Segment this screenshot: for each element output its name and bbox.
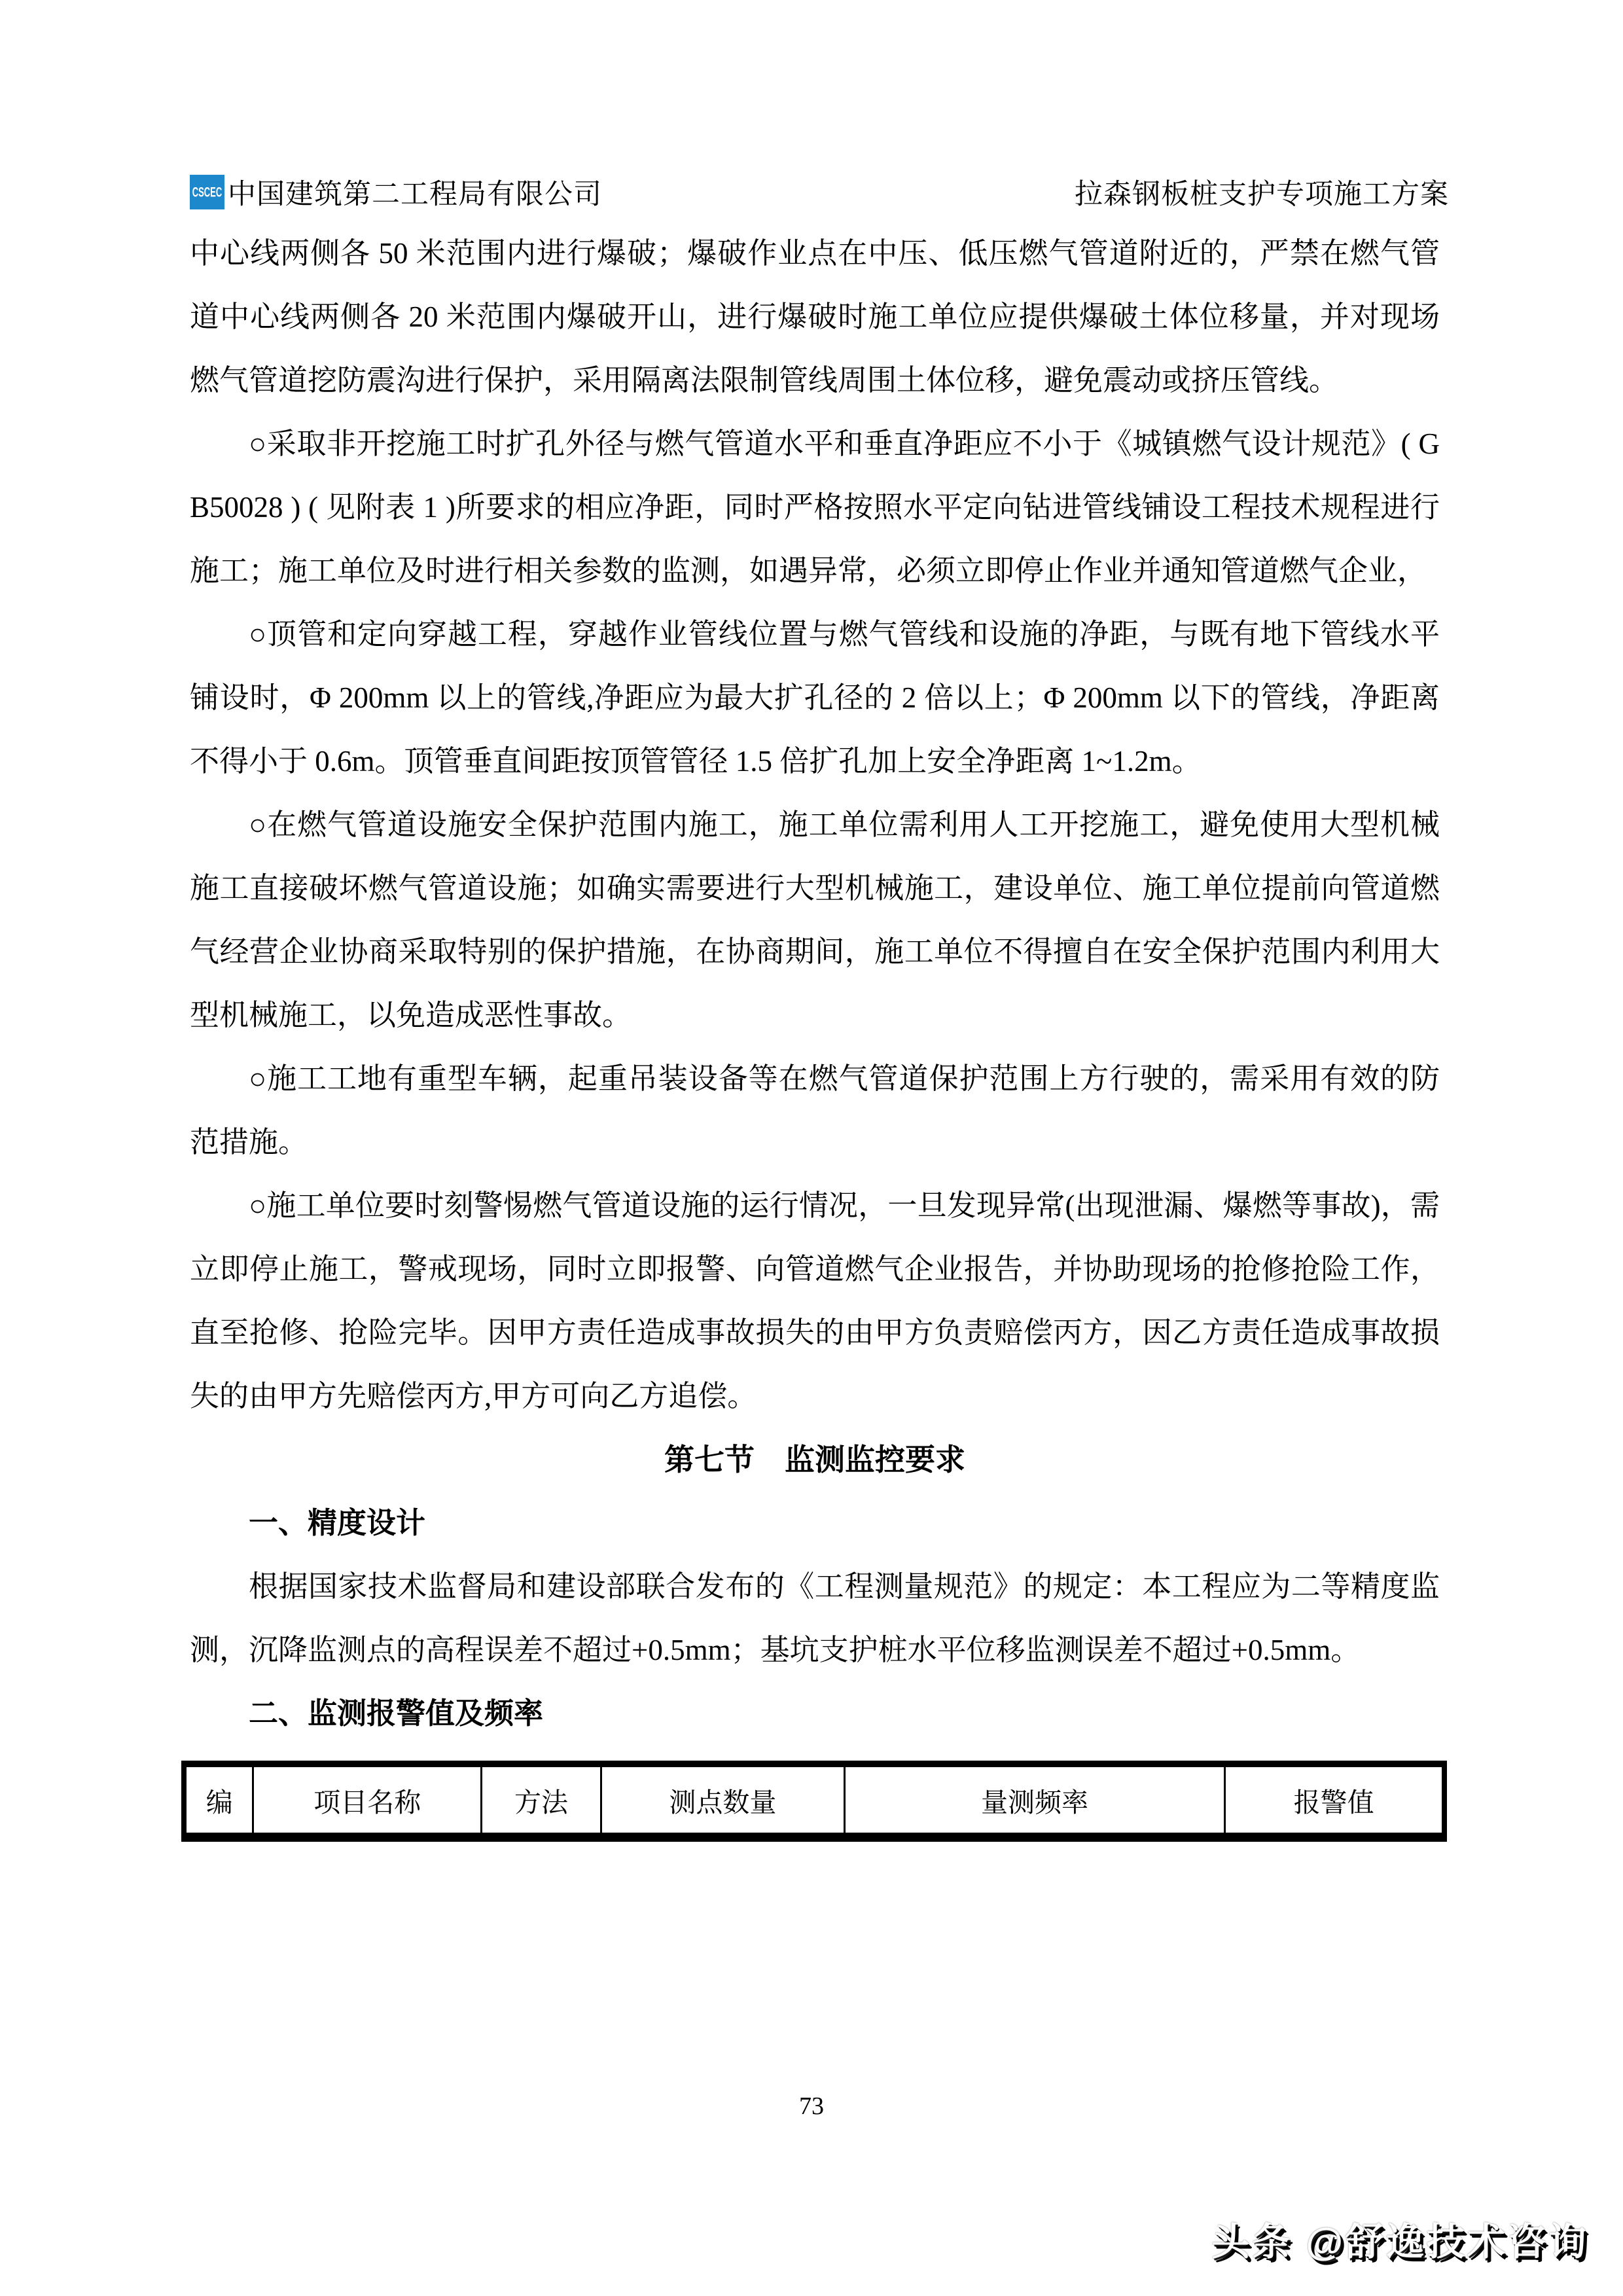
- cscec-logo-icon: CSCEC: [190, 175, 224, 209]
- page-header: CSCEC 中国建筑第二工程局有限公司 拉森钢板桩支护专项施工方案: [190, 167, 1449, 217]
- paragraph-5: ○施工工地有重型车辆，起重吊装设备等在燃气管道保护范围上方行驶的，需采用有效的防…: [190, 1047, 1440, 1174]
- document-title: 拉森钢板桩支护专项施工方案: [1075, 172, 1449, 212]
- table-header-cell-frequency: 量测频率: [844, 1764, 1225, 1837]
- paragraph-3: ○顶管和定向穿越工程，穿越作业管线位置与燃气管线和设施的净距，与既有地下管线水平…: [190, 603, 1440, 793]
- subsection-2-heading: 二、监测报警值及频率: [190, 1682, 1440, 1746]
- watermark: 头条 @舒逸技术咨询: [1211, 2211, 1589, 2266]
- paragraph-2: ○采取非开挖施工时扩孔外径与燃气管道水平和垂直净距应不小于《城镇燃气设计规范》(…: [190, 412, 1440, 603]
- precision-paragraph: 根据国家技术监督局和建设部联合发布的《工程测量规范》的规定：本工程应为二等精度监…: [190, 1555, 1440, 1682]
- page-number: 73: [0, 2092, 1623, 2121]
- paragraph-6: ○施工单位要时刻警惕燃气管道设施的运行情况，一旦发现异常(出现泄漏、爆燃等事故)…: [190, 1174, 1440, 1428]
- table-header-cell-no: 编: [184, 1764, 253, 1837]
- table-header-cell-alarm: 报警值: [1225, 1764, 1444, 1837]
- table-header-cell-points: 测点数量: [601, 1764, 844, 1837]
- subsection-1-heading: 一、精度设计: [190, 1492, 1440, 1555]
- table-header-cell-method: 方法: [482, 1764, 601, 1837]
- cscec-logo-text: CSCEC: [192, 184, 223, 200]
- company-brand: CSCEC 中国建筑第二工程局有限公司: [190, 172, 602, 212]
- document-page: CSCEC 中国建筑第二工程局有限公司 拉森钢板桩支护专项施工方案 中心线两侧各…: [0, 0, 1623, 2296]
- paragraph-1: 中心线两侧各 50 米范围内进行爆破；爆破作业点在中压、低压燃气管道附近的，严禁…: [190, 222, 1440, 412]
- company-name: 中国建筑第二工程局有限公司: [228, 172, 602, 212]
- page-content: 中心线两侧各 50 米范围内进行爆破；爆破作业点在中压、低压燃气管道附近的，严禁…: [190, 222, 1440, 1842]
- table-header-cell-item: 项目名称: [253, 1764, 482, 1837]
- section-title: 第七节 监测监控要求: [190, 1428, 1440, 1492]
- table-header-row: 编 项目名称 方法 测点数量 量测频率 报警值: [184, 1764, 1444, 1837]
- paragraph-4: ○在燃气管道设施安全保护范围内施工，施工单位需利用人工开挖施工，避免使用大型机械…: [190, 793, 1440, 1047]
- monitoring-alarm-table: 编 项目名称 方法 测点数量 量测频率 报警值: [181, 1761, 1447, 1842]
